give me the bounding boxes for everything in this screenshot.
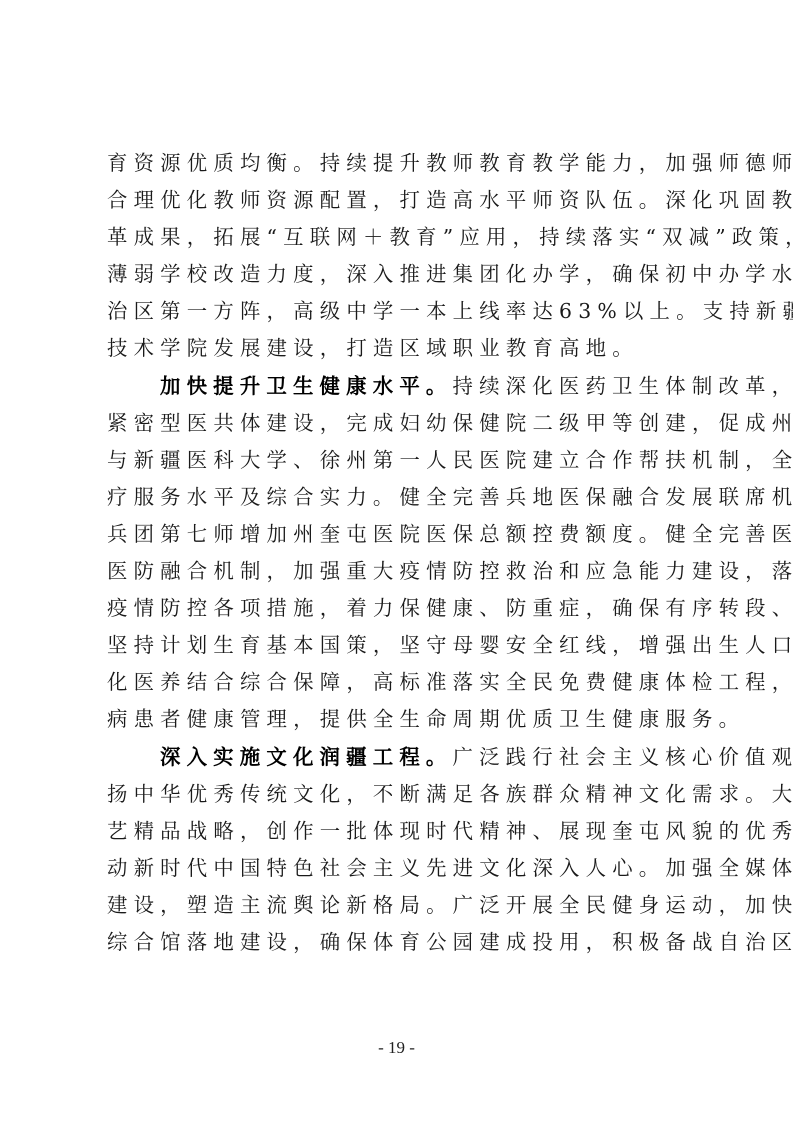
text-run: 持续深化医药卫生体制改革，扎实开展 — [453, 374, 793, 398]
text-line: 技术学院发展建设，打造区域职业教育高地。 — [107, 330, 693, 367]
page-number: - 19 - — [0, 1038, 793, 1058]
text-line: 育资源优质均衡。持续提升教师教育教学能力，加强师德师风建设， — [107, 145, 693, 182]
text-line: 与新疆医科大学、徐州第一人民医院建立合作帮扶机制，全面提升诊 — [107, 442, 693, 479]
text-line: 扬中华优秀传统文化，不断满足各族群众精神文化需求。大力实施文 — [107, 776, 693, 813]
paragraph-education-continued: 育资源优质均衡。持续提升教师教育教学能力，加强师德师风建设， 合理优化教师资源配… — [107, 145, 693, 368]
text-run: 广泛践行社会主义核心价值观，传承弘 — [453, 745, 793, 769]
text-line: 合理优化教师资源配置，打造高水平师资队伍。深化巩固教育体制改 — [107, 182, 693, 219]
text-line-first: 加快提升卫生健康水平。持续深化医药卫生体制改革，扎实开展 — [107, 368, 693, 405]
document-body: 育资源优质均衡。持续提升教师教育教学能力，加强师德师风建设， 合理优化教师资源配… — [107, 145, 693, 961]
text-line: 建设，塑造主流舆论新格局。广泛开展全民健身运动，加快射击射箭 — [107, 887, 693, 924]
paragraph-culture: 深入实施文化润疆工程。广泛践行社会主义核心价值观，传承弘 扬中华优秀传统文化，不… — [107, 739, 693, 962]
text-line: 动新时代中国特色社会主义先进文化深入人心。加强全媒体传播体系 — [107, 850, 693, 887]
text-line: 薄弱学校改造力度，深入推进集团化办学，确保初中办学水平跻身自 — [107, 256, 693, 293]
text-line: 疗服务水平及综合实力。健全完善兵地医保融合发展联席机制，协调 — [107, 479, 693, 516]
text-line: 兵团第七师增加州奎屯医院医保总额控费额度。健全完善医防协同、 — [107, 516, 693, 553]
paragraph-health: 加快提升卫生健康水平。持续深化医药卫生体制改革，扎实开展 紧密型医共体建设，完成… — [107, 368, 693, 739]
text-line: 坚持计划生育基本国策，坚守母婴安全红线，增强出生人口素质。强 — [107, 627, 693, 664]
text-line: 病患者健康管理，提供全生命周期优质卫生健康服务。 — [107, 701, 693, 738]
paragraph-heading: 加快提升卫生健康水平。 — [160, 374, 453, 398]
text-line: 治区第一方阵，高级中学一本上线率达63%以上。支持新疆应用职业 — [107, 293, 693, 330]
paragraph-heading: 深入实施文化润疆工程。 — [160, 745, 453, 769]
text-line: 革成果，拓展“互联网＋教育”应用，持续落实“双减”政策，加大 — [107, 219, 693, 256]
text-line: 疫情防控各项措施，着力保健康、防重症，确保有序转段、平稳渡峰。 — [107, 590, 693, 627]
text-line: 综合馆落地建设，确保体育公园建成投用，积极备战自治区第十四届 — [107, 924, 693, 961]
text-line: 医防融合机制，加强重大疫情防控救治和应急能力建设，落实新阶段 — [107, 553, 693, 590]
text-line: 艺精品战略，创作一批体现时代精神、展现奎屯风貌的优秀作品，推 — [107, 813, 693, 850]
text-line-first: 深入实施文化润疆工程。广泛践行社会主义核心价值观，传承弘 — [107, 739, 693, 776]
text-line: 化医养结合综合保障，高标准落实全民免费健康体检工程，规范慢性 — [107, 664, 693, 701]
text-line: 紧密型医共体建设，完成妇幼保健院二级甲等创建，促成州奎屯医院 — [107, 405, 693, 442]
